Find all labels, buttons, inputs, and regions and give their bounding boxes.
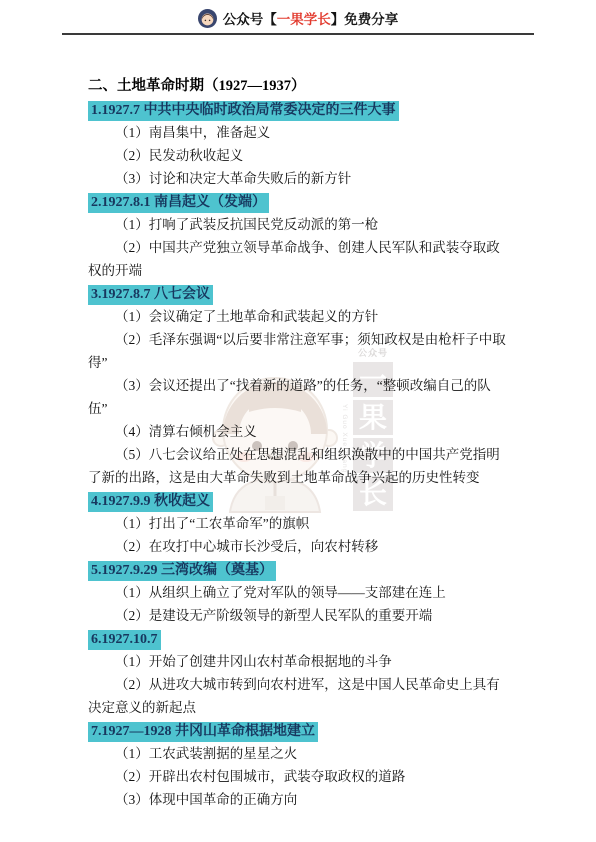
header-text-prefix: 公众号【 [223,12,277,27]
section-4: 4.1927.9.9 秋收起义 （1）打出了“工农革命军”的旗帜 （2）在攻打中… [88,489,508,558]
document-content: 二、土地革命时期（1927—1937） 1.1927.7 中共中央临时政治局常委… [0,35,596,811]
list-item: （2）开辟出农村包围城市，武装夺取政权的道路 [88,765,508,788]
section-6: 6.1927.10.7 （1）开始了创建井冈山农村革命根据地的斗争 （2）从进攻… [88,627,508,719]
list-item: （3）会议还提出了“找着新的道路”的任务，“整顿改编自己的队伍” [88,374,508,420]
list-item: （4）清算右倾机会主义 [88,420,508,443]
section-heading: 3.1927.8.7 八七会议 [88,285,213,305]
document-title: 二、土地革命时期（1927—1937） [88,75,508,98]
list-item: （2）在攻打中心城市长沙受后，向农村转移 [88,535,508,558]
brand-avatar-icon [198,9,217,28]
list-item: （1）会议确定了土地革命和武装起义的方针 [88,305,508,328]
list-item: （5）八七会议给正处在思想混乱和组织涣散中的中国共产党指明了新的出路，这是由大革… [88,443,508,489]
section-heading: 1.1927.7 中共中央临时政治局常委决定的三件大事 [88,101,399,121]
document-page: 公众号【一果学长】免费分享 公众号 一 果 [0,8,596,842]
section-heading: 7.1927—1928 井冈山革命根据地建立 [88,722,318,742]
section-2: 2.1927.8.1 南昌起义（发端） （1）打响了武装反抗国民党反动派的第一枪… [88,190,508,282]
section-7: 7.1927—1928 井冈山革命根据地建立 （1）工农武装割据的星星之火 （2… [88,719,508,811]
header-text: 公众号【一果学长】免费分享 [223,8,399,28]
list-item: （2）是建设无产阶级领导的新型人民军队的重要开端 [88,604,508,627]
section-3: 3.1927.8.7 八七会议 （1）会议确定了土地革命和武装起义的方针 （2）… [88,282,508,489]
list-item: （3）讨论和决定大革命失败后的新方针 [88,167,508,190]
list-item: （1）从组织上确立了党对军队的领导——支部建在连上 [88,581,508,604]
list-item: （3）体现中国革命的正确方向 [88,788,508,811]
header-text-suffix: 】免费分享 [331,12,399,27]
list-item: （1）工农武装割据的星星之火 [88,742,508,765]
list-item: （1）打出了“工农革命军”的旗帜 [88,512,508,535]
section-heading: 5.1927.9.29 三湾改编（奠基） [88,561,276,581]
list-item: （2）毛泽东强调“以后要非常注意军事；须知政权是由枪杆子中取得” [88,328,508,374]
list-item: （1）开始了创建井冈山农村革命根据地的斗争 [88,650,508,673]
section-1: 1.1927.7 中共中央临时政治局常委决定的三件大事 （1）南昌集中，准备起义… [88,98,508,190]
list-item: （1）打响了武装反抗国民党反动派的第一枪 [88,213,508,236]
header-brand-name: 一果学长 [277,12,331,27]
list-item: （2）中国共产党独立领导革命战争、创建人民军队和武装夺取政权的开端 [88,236,508,282]
list-item: （2）民发动秋收起义 [88,144,508,167]
list-item: （2）从进攻大城市转到向农村进军，这是中国人民革命史上具有决定意义的新起点 [88,673,508,719]
page-header: 公众号【一果学长】免费分享 [62,8,534,35]
section-heading: 2.1927.8.1 南昌起义（发端） [88,193,269,213]
section-heading: 4.1927.9.9 秋收起义 [88,492,213,512]
section-5: 5.1927.9.29 三湾改编（奠基） （1）从组织上确立了党对军队的领导——… [88,558,508,627]
section-heading: 6.1927.10.7 [88,630,161,650]
list-item: （1）南昌集中，准备起义 [88,121,508,144]
